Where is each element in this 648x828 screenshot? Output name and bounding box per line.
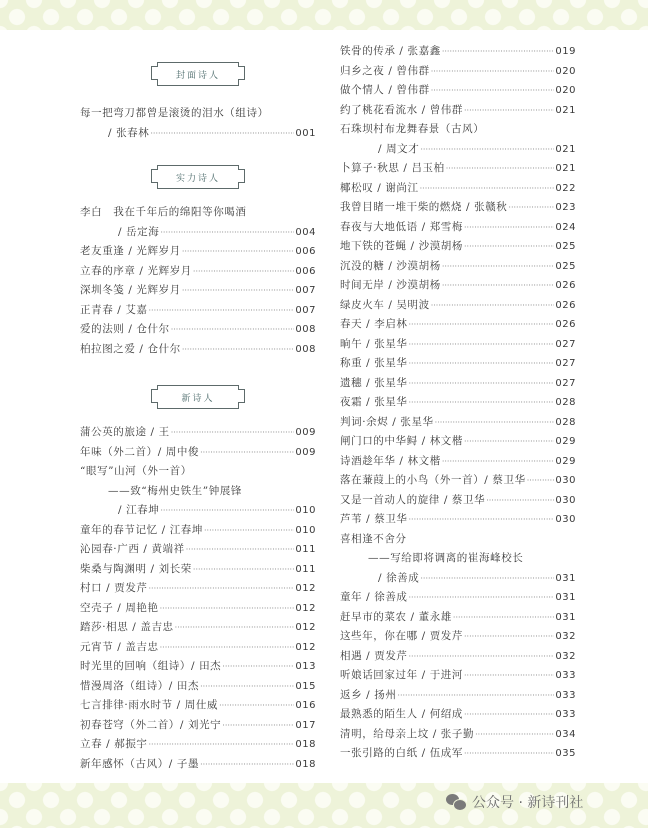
toc-entry-subtitle: ——致“梅州史铁生”钟展锋 [80, 482, 316, 502]
leader-dots [160, 501, 294, 521]
toc-entry[interactable]: 芦苇 / 蔡卫华030 [340, 510, 576, 530]
entry-title: 称重 / 张星华 [340, 354, 408, 374]
page-number: 012 [295, 618, 316, 638]
toc-entry[interactable]: 又是一首动人的旋律 / 蔡卫华030 [340, 491, 576, 511]
page-number: 012 [295, 638, 316, 658]
entry-title: 闸门口的中华鲟 / 林文楷 [340, 432, 463, 452]
leader-dots [219, 696, 294, 716]
leader-dots [420, 179, 555, 199]
page-number: 032 [555, 647, 576, 667]
entry-title: 约了桃花看流水 / 曾伟群 [340, 101, 463, 121]
page-number: 028 [555, 393, 576, 413]
entry-title: 元宵节 / 盖吉忠 [80, 638, 159, 658]
leader-dots [464, 432, 554, 452]
page-number: 021 [555, 159, 576, 179]
page-number: 025 [555, 257, 576, 277]
page-number: 022 [555, 179, 576, 199]
entry-title: 空壳子 / 周艳艳 [80, 599, 159, 619]
toc-entry[interactable]: 深圳冬笺 / 光辉岁月007 [80, 281, 316, 301]
leader-dots [200, 677, 294, 697]
toc-entry-title[interactable]: 石珠坝村布龙舞春景（古风） [340, 120, 576, 140]
page-number: 029 [555, 432, 576, 452]
leader-dots [160, 599, 295, 619]
watermark-text: 公众号 · 新诗刊社 [472, 792, 583, 812]
toc-entry[interactable]: 年味（外二首）/ 周中俊009 [80, 443, 316, 463]
section-label: 实力诗人 [176, 171, 220, 184]
entry-title: 这些年，你在哪 / 贾发芹 [340, 627, 463, 647]
toc-entry[interactable]: 归乡之夜 / 曾伟群020 [340, 62, 576, 82]
leader-dots [149, 735, 295, 755]
entry-title: 清明，给母亲上坟 / 张子勤 [340, 725, 474, 745]
page-number: 006 [295, 262, 316, 282]
page-number: 020 [555, 62, 576, 82]
entry-title: 蒲公英的旅途 / 王 [80, 423, 170, 443]
leader-dots [464, 237, 554, 257]
page-number: 007 [295, 281, 316, 301]
leader-dots [150, 124, 294, 144]
entry-title: 立春 / 郝振宇 [80, 735, 148, 755]
page-number: 031 [555, 569, 576, 589]
toc-entry[interactable]: 约了桃花看流水 / 曾伟群021 [340, 101, 576, 121]
page-number: 007 [295, 301, 316, 321]
wechat-icon [446, 794, 466, 810]
toc-entry[interactable]: 蒲公英的旅途 / 王009 [80, 423, 316, 443]
leader-dots [420, 569, 554, 589]
entry-title: 春夜与大地低语 / 郑雪梅 [340, 218, 463, 238]
page-number: 008 [295, 340, 316, 360]
leader-dots [442, 452, 555, 472]
toc-entry[interactable]: 元宵节 / 盖吉忠012 [80, 638, 316, 658]
leader-dots [442, 276, 555, 296]
toc-entry[interactable]: 做个情人 / 曾伟群020 [340, 81, 576, 101]
toc-entry[interactable]: 童年的春节记忆 / 江春坤010 [80, 521, 316, 541]
leader-dots [442, 42, 555, 62]
leader-dots [171, 320, 295, 340]
page-number: 029 [555, 452, 576, 472]
leader-dots [527, 471, 555, 491]
entry-title: 童年 / 徐善成 [340, 588, 408, 608]
entry-title: 听娘话回家过年 / 于进河 [340, 666, 463, 686]
entry-title: 时光里的回响（组诗）/ 田杰 [80, 657, 221, 677]
entry-title: 判词·余烬 / 张星华 [340, 413, 434, 433]
toc-entry[interactable]: 判词·余烬 / 张星华028 [340, 413, 576, 433]
page-number: 027 [555, 354, 576, 374]
entry-title: 惜漫周洛（组诗）/ 田杰 [80, 677, 199, 697]
leader-dots [409, 510, 555, 530]
entry-title: 地下铁的苍蝇 / 沙漠胡杨 [340, 237, 463, 257]
toc-left-column: 封面诗人 每一把弯刀都曾是滚烫的泪水（组诗） / 张春林 001 实力诗人 李白… [80, 30, 316, 774]
toc-entry[interactable]: 空壳子 / 周艳艳012 [80, 599, 316, 619]
toc-entry-title[interactable]: “眼写”山河（外一首） [80, 462, 316, 482]
entry-title: 七言排律·雨水时节 / 周仕威 [80, 696, 218, 716]
toc-entry[interactable]: 椰松叹 / 谢尚江022 [340, 179, 576, 199]
leader-dots [193, 560, 294, 580]
entry-title: 深圳冬笺 / 光辉岁月 [80, 281, 181, 301]
toc-entry[interactable]: 新年感怀（古风）/ 子墨018 [80, 755, 316, 775]
entry-title: 柏拉图之爱 / 仓什尔 [80, 340, 181, 360]
leader-dots [420, 140, 554, 160]
entry-author: / 岳定海 [118, 223, 159, 243]
entry-title: 返乡 / 扬州 [340, 686, 396, 706]
leader-dots [464, 627, 554, 647]
toc-entry[interactable]: 诗酒趁年华 / 林文楷029 [340, 452, 576, 472]
page-number: 008 [295, 320, 316, 340]
leader-dots [464, 101, 554, 121]
entry-title: 立春的序章 / 光辉岁月 [80, 262, 192, 282]
leader-dots [508, 198, 554, 218]
entry-title: 落在蒹葭上的小鸟（外一首）/ 蔡卫华 [340, 471, 526, 491]
toc-entry[interactable]: 听娘话回家过年 / 于进河033 [340, 666, 576, 686]
page-number: 031 [555, 608, 576, 628]
page-number: 023 [555, 198, 576, 218]
toc-entry[interactable]: 村口 / 贾发芹012 [80, 579, 316, 599]
page-number: 018 [295, 755, 316, 775]
entry-title: 铁骨的传承 / 张嘉鑫 [340, 42, 441, 62]
toc-entry[interactable]: 时光里的回响（组诗）/ 田杰013 [80, 657, 316, 677]
page-number: 020 [555, 81, 576, 101]
entry-title: 我曾目睹一堆干柴的燃烧 / 张赣秋 [340, 198, 507, 218]
toc-entry[interactable]: 相遇 / 贾发芹032 [340, 647, 576, 667]
entry-title: 老友重逢 / 光辉岁月 [80, 242, 181, 262]
toc-entry[interactable]: 柴桑与陶渊明 / 刘长荣011 [80, 560, 316, 580]
leader-dots [409, 374, 555, 394]
toc-entry[interactable]: 一张引路的白纸 / 伍成军035 [340, 744, 576, 764]
ornamental-frame: 新诗人 [157, 385, 239, 409]
entry-title: 一张引路的白纸 / 伍成军 [340, 744, 463, 764]
leader-dots [397, 686, 554, 706]
leader-dots [442, 257, 555, 277]
entry-title: 最熟悉的陌生人 / 何绍成 [340, 705, 463, 725]
wechat-watermark: 公众号 · 新诗刊社 [446, 792, 583, 812]
entry-title: 芦苇 / 蔡卫华 [340, 510, 408, 530]
leader-dots [464, 666, 554, 686]
entry-title: 赶早市的菜农 / 董永雄 [340, 608, 452, 628]
leader-dots [171, 423, 295, 443]
page-number: 006 [295, 242, 316, 262]
entry-title: 童年的春节记忆 / 江春坤 [80, 521, 203, 541]
toc-entry[interactable]: 铁骨的传承 / 张嘉鑫019 [340, 42, 576, 62]
toc-entry[interactable]: 卜算子·秋思 / 吕玉柏021 [340, 159, 576, 179]
toc-entry[interactable]: / 周文才021 [340, 140, 576, 160]
toc-entry[interactable]: 落在蒹葭上的小鸟（外一首）/ 蔡卫华030 [340, 471, 576, 491]
toc-entry[interactable]: / 岳定海 004 [80, 223, 316, 243]
leader-dots [182, 281, 295, 301]
entry-title: 晌午 / 张星华 [340, 335, 408, 355]
toc-entry-title[interactable]: 李白 我在千年后的绵阳等你喝酒 [80, 203, 316, 223]
leader-dots [409, 393, 555, 413]
entry-author: / 张春林 [108, 124, 149, 144]
page-number: 010 [295, 501, 316, 521]
entry-title: 春天 / 李启林 [340, 315, 408, 335]
toc-entry[interactable]: 遗穗 / 张星华027 [340, 374, 576, 394]
toc-entry[interactable]: 夜霜 / 张星华028 [340, 393, 576, 413]
section-header-new-poet: 新诗人 [80, 377, 316, 417]
page-number: 009 [295, 443, 316, 463]
toc-entry[interactable]: 我曾目睹一堆干柴的燃烧 / 张赣秋023 [340, 198, 576, 218]
toc-entry[interactable]: 立春的序章 / 光辉岁月006 [80, 262, 316, 282]
leader-dots [160, 638, 295, 658]
page-number: 012 [295, 579, 316, 599]
toc-entry[interactable]: 时间无岸 / 沙漠胡杨026 [340, 276, 576, 296]
toc-entry[interactable]: 返乡 / 扬州033 [340, 686, 576, 706]
leader-dots [475, 725, 554, 745]
leader-dots [453, 608, 554, 628]
page-number: 030 [555, 510, 576, 530]
leader-dots [446, 159, 555, 179]
entry-title: 做个情人 / 曾伟群 [340, 81, 430, 101]
toc-entry-title[interactable]: 喜相逢不舍分 [340, 530, 576, 550]
leader-dots [435, 413, 555, 433]
toc-entry[interactable]: 初春苍穹（外二首）/ 刘光宁017 [80, 716, 316, 736]
page-number: 018 [295, 735, 316, 755]
leader-dots [200, 755, 294, 775]
toc-entry[interactable]: / 江春坤010 [80, 501, 316, 521]
toc-entry[interactable]: / 徐善成031 [340, 569, 576, 589]
page-number: 013 [295, 657, 316, 677]
toc-entry[interactable]: 踏莎·相思 / 盖吉忠012 [80, 618, 316, 638]
toc-entry[interactable]: 爱的法则 / 仓什尔008 [80, 320, 316, 340]
page-number: 026 [555, 296, 576, 316]
page-number: 015 [295, 677, 316, 697]
toc-entry[interactable]: 童年 / 徐善成031 [340, 588, 576, 608]
leader-dots [182, 340, 295, 360]
page-number: 025 [555, 237, 576, 257]
leader-dots [222, 657, 294, 677]
page-number: 033 [555, 686, 576, 706]
entry-author: / 江春坤 [118, 501, 159, 521]
entry-title: 夜霜 / 张星华 [340, 393, 408, 413]
toc-entry[interactable]: 闸门口的中华鲟 / 林文楷029 [340, 432, 576, 452]
toc-entry[interactable]: 晌午 / 张星华027 [340, 335, 576, 355]
page-number: 027 [555, 335, 576, 355]
page-number: 012 [295, 599, 316, 619]
entry-title: 正青春 / 艾嘉 [80, 301, 148, 321]
toc-right-column: 铁骨的传承 / 张嘉鑫019 归乡之夜 / 曾伟群020 做个情人 / 曾伟群0… [340, 42, 576, 764]
page-number: 009 [295, 423, 316, 443]
toc-entry[interactable]: 春天 / 李启林026 [340, 315, 576, 335]
page-number: 033 [555, 666, 576, 686]
leader-dots [409, 335, 555, 355]
toc-entry[interactable]: 七言排律·雨水时节 / 周仕威016 [80, 696, 316, 716]
decorative-top-band [0, 0, 648, 30]
entry-title: 遗穗 / 张星华 [340, 374, 408, 394]
entry-author: / 周文才 [378, 140, 419, 160]
ornamental-frame: 实力诗人 [157, 165, 239, 189]
leader-dots [464, 705, 554, 725]
page-number: 010 [295, 521, 316, 541]
page-number: 035 [555, 744, 576, 764]
leader-dots [200, 443, 294, 463]
entry-title: 诗酒趁年华 / 林文楷 [340, 452, 441, 472]
toc-entry[interactable]: 柏拉图之爱 / 仓什尔008 [80, 340, 316, 360]
leader-dots [175, 618, 295, 638]
entry-title: 绿皮火车 / 吴明波 [340, 296, 430, 316]
leader-dots [464, 218, 554, 238]
leader-dots [193, 262, 294, 282]
entry-title: 爱的法则 / 仓什尔 [80, 320, 170, 340]
page-number: 021 [555, 140, 576, 160]
leader-dots [149, 579, 295, 599]
page-number: 032 [555, 627, 576, 647]
page-number: 024 [555, 218, 576, 238]
page-number: 026 [555, 315, 576, 335]
page-number: 027 [555, 374, 576, 394]
leader-dots [431, 296, 555, 316]
toc-entry[interactable]: 正青春 / 艾嘉007 [80, 301, 316, 321]
toc-entry[interactable]: 沉没的糖 / 沙漠胡杨025 [340, 257, 576, 277]
entry-title: 卜算子·秋思 / 吕玉柏 [340, 159, 445, 179]
page-number: 011 [295, 560, 316, 580]
section-header-strong-poet: 实力诗人 [80, 157, 316, 197]
toc-entry[interactable]: 清明，给母亲上坟 / 张子勤034 [340, 725, 576, 745]
entry-title: 年味（外二首）/ 周中俊 [80, 443, 199, 463]
page-number: 021 [555, 101, 576, 121]
entry-title: 又是一首动人的旋律 / 蔡卫华 [340, 491, 485, 511]
page-number: 017 [295, 716, 316, 736]
section-label: 新诗人 [181, 391, 214, 404]
entry-title: 归乡之夜 / 曾伟群 [340, 62, 430, 82]
toc-entry[interactable]: 这些年，你在哪 / 贾发芹032 [340, 627, 576, 647]
leader-dots [409, 647, 555, 667]
leader-dots [486, 491, 554, 511]
entry-title: 柴桑与陶渊明 / 刘长荣 [80, 560, 192, 580]
page-number: 016 [295, 696, 316, 716]
page-number: 001 [295, 124, 316, 144]
page-number: 033 [555, 705, 576, 725]
toc-entry[interactable]: 赶早市的菜农 / 董永雄031 [340, 608, 576, 628]
entry-title: 椰松叹 / 谢尚江 [340, 179, 419, 199]
entry-title: 村口 / 贾发芹 [80, 579, 148, 599]
page-number: 034 [555, 725, 576, 745]
toc-entry[interactable]: 沁园春·广西 / 黄端祥011 [80, 540, 316, 560]
toc-entry[interactable]: 最熟悉的陌生人 / 何绍成033 [340, 705, 576, 725]
page-number: 004 [295, 223, 316, 243]
leader-dots [149, 301, 295, 321]
toc-entry[interactable]: 绿皮火车 / 吴明波026 [340, 296, 576, 316]
entry-title: 相遇 / 贾发芹 [340, 647, 408, 667]
leader-dots [204, 521, 294, 541]
page-number: 011 [295, 540, 316, 560]
toc-entry[interactable]: 惜漫周洛（组诗）/ 田杰015 [80, 677, 316, 697]
leader-dots [409, 315, 555, 335]
leader-dots [186, 540, 295, 560]
leader-dots [409, 354, 555, 374]
toc-entry-title[interactable]: 每一把弯刀都曾是滚烫的泪水（组诗） [80, 104, 316, 124]
leader-dots [160, 223, 294, 243]
page-number: 031 [555, 588, 576, 608]
entry-title: 沉没的糖 / 沙漠胡杨 [340, 257, 441, 277]
entry-author: / 徐善成 [378, 569, 419, 589]
leader-dots [431, 81, 555, 101]
entry-title: 初春苍穹（外二首）/ 刘光宁 [80, 716, 221, 736]
toc-entry[interactable]: 称重 / 张星华027 [340, 354, 576, 374]
leader-dots [431, 62, 555, 82]
section-header-cover-poet: 封面诗人 [80, 54, 316, 94]
entry-title: 时间无岸 / 沙漠胡杨 [340, 276, 441, 296]
page-number: 019 [555, 42, 576, 62]
leader-dots [409, 588, 555, 608]
page-number: 030 [555, 471, 576, 491]
toc-entry-subtitle: ——写给即将调离的崔海峰校长 [340, 549, 576, 569]
toc-entry[interactable]: 地下铁的苍蝇 / 沙漠胡杨025 [340, 237, 576, 257]
entry-title: 沁园春·广西 / 黄端祥 [80, 540, 185, 560]
leader-dots [464, 744, 554, 764]
toc-entry[interactable]: 老友重逢 / 光辉岁月006 [80, 242, 316, 262]
entry-title: 踏莎·相思 / 盖吉忠 [80, 618, 174, 638]
toc-entry[interactable]: 立春 / 郝振宇018 [80, 735, 316, 755]
ornamental-frame: 封面诗人 [157, 62, 239, 86]
page-number: 028 [555, 413, 576, 433]
toc-entry[interactable]: / 张春林 001 [80, 124, 316, 144]
leader-dots [182, 242, 295, 262]
page-number: 026 [555, 276, 576, 296]
page-number: 030 [555, 491, 576, 511]
section-label: 封面诗人 [176, 68, 220, 81]
leader-dots [222, 716, 294, 736]
toc-entry[interactable]: 春夜与大地低语 / 郑雪梅024 [340, 218, 576, 238]
entry-title: 新年感怀（古风）/ 子墨 [80, 755, 199, 775]
